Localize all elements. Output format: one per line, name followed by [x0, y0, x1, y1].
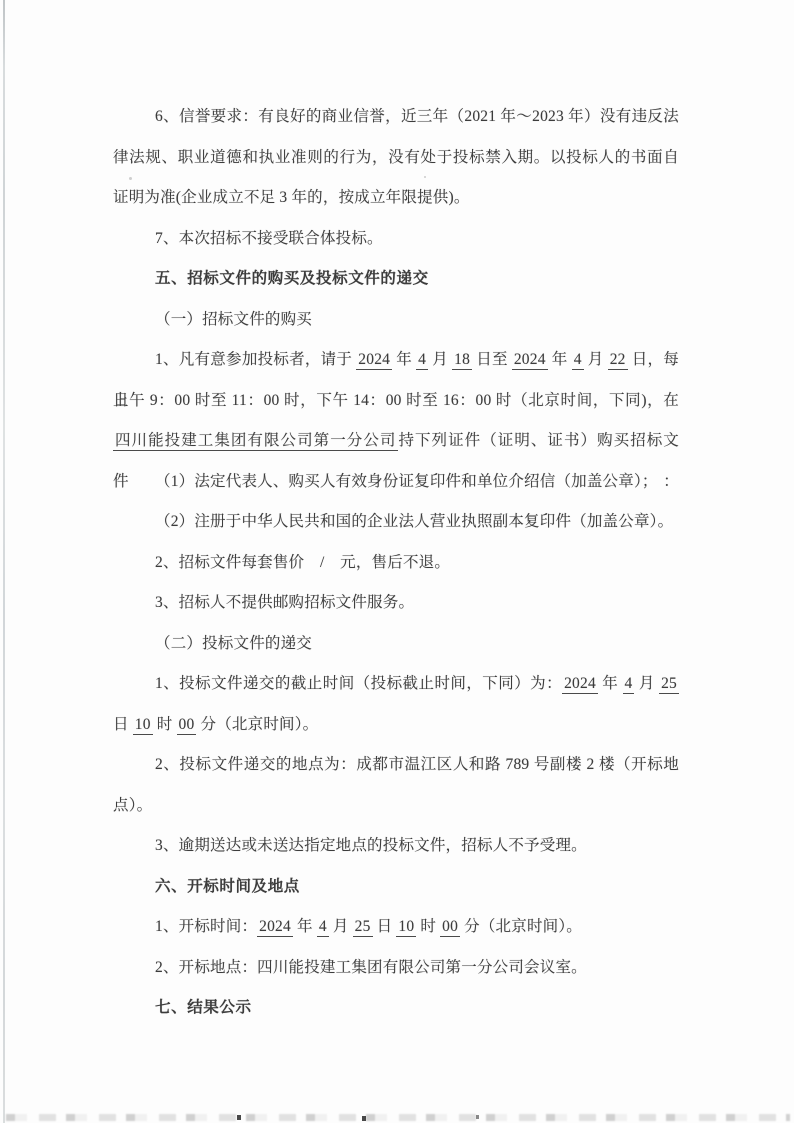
text-line-1: 6、信誉要求：有良好的商业信誉，近三年（2021 年～2023 年）没有违反法	[113, 97, 679, 138]
text-line-17: 2、投标文件递交的地点为：成都市温江区人和路 789 号副楼 2 楼（开标地	[113, 745, 679, 786]
text-run: 律法规、职业道德和执业准则的行为，没有处于投标禁入期。以投标人的书面自	[113, 149, 679, 166]
scan-speck	[237, 1115, 241, 1120]
text-run: 2、开标地点：四川能投建工集团有限公司第一分公司会议室。	[155, 959, 587, 976]
underlined-blank-field: 4	[416, 351, 428, 370]
text-run: 月	[329, 918, 353, 935]
scan-speck	[476, 1115, 479, 1119]
scan-speck	[362, 1116, 366, 1121]
underlined-blank-field: 10	[396, 918, 416, 937]
underlined-blank-field: 4	[317, 918, 329, 937]
text-line-6: （一）招标文件的购买	[113, 300, 679, 341]
underlined-blank-field: 25	[353, 918, 373, 937]
text-line-7: 1、凡有意参加投标者，请于 2024 年 4 月 18 日至 2024 年 4 …	[113, 340, 679, 381]
next-page-cutoff-text-artifact	[6, 1114, 790, 1121]
text-run: 六、开标时间及地点	[155, 878, 300, 895]
text-run: 上午 9：00 时至 11：00 时，下午 14：00 时至 16：00 时（北…	[113, 392, 679, 409]
text-line-16: 日 10 时 00 分（北京时间）。	[113, 705, 679, 746]
text-run: 点）。	[113, 797, 152, 814]
text-line-13: 3、招标人不提供邮购招标文件服务。	[113, 583, 679, 624]
underlined-blank-field: 2024	[562, 675, 598, 694]
text-line-23: 七、结果公示	[113, 988, 679, 1029]
text-run: 年	[392, 351, 416, 368]
text-line-3: 证明为准(企业成立不足 3 年的，按成立年限提供)。	[113, 178, 679, 219]
text-run: 时	[416, 918, 440, 935]
text-run: 证明为准(企业成立不足 3 年的，按成立年限提供)。	[113, 189, 470, 206]
text-line-4: 7、本次招标不接受联合体投标。	[113, 219, 679, 260]
text-run: 年	[293, 918, 317, 935]
text-line-22: 2、开标地点：四川能投建工集团有限公司第一分公司会议室。	[113, 948, 679, 989]
text-run: 2、招标文件每套售价 / 元，售后不退。	[155, 554, 450, 571]
text-run: 3、逾期送达或未送达指定地点的投标文件，招标人不予受理。	[155, 837, 587, 854]
underlined-blank-field: 四川能投建工集团有限公司第一分公司	[113, 432, 398, 451]
text-run: 日	[373, 918, 397, 935]
text-line-5: 五、招标文件的购买及投标文件的递交	[113, 259, 679, 300]
text-run: 月	[428, 351, 452, 368]
underlined-blank-field: 00	[440, 918, 460, 937]
text-line-10: （1）法定代表人、购买人有效身份证复印件和单位介绍信（加盖公章）；	[113, 462, 679, 503]
text-line-2: 律法规、职业道德和执业准则的行为，没有处于投标禁入期。以投标人的书面自	[113, 138, 679, 179]
text-run: 分（北京时间）。	[460, 918, 582, 935]
text-run: 年	[598, 675, 623, 692]
text-run: 2、投标文件递交的地点为：成都市温江区人和路 789 号副楼 2 楼（开标地	[155, 756, 679, 773]
underlined-blank-field: 2024	[257, 918, 293, 937]
text-line-12: 2、招标文件每套售价 / 元，售后不退。	[113, 543, 679, 584]
underlined-blank-field: 4	[623, 675, 635, 694]
text-run: 7、本次招标不接受联合体投标。	[155, 230, 383, 247]
underlined-blank-field: 00	[177, 716, 197, 735]
underlined-blank-field: 10	[133, 716, 153, 735]
text-line-18: 点）。	[113, 786, 679, 827]
text-run: 6、信誉要求：有良好的商业信誉，近三年（2021 年～2023 年）没有违反法	[155, 108, 679, 125]
text-run: （二）投标文件的递交	[155, 635, 312, 652]
underlined-blank-field: 25	[659, 675, 679, 694]
underlined-blank-field: 2024	[356, 351, 392, 370]
text-run: 年	[548, 351, 572, 368]
text-line-14: （二）投标文件的递交	[113, 624, 679, 665]
text-line-11: （2）注册于中华人民共和国的企业法人营业执照副本复印件（加盖公章）。	[113, 502, 679, 543]
text-run: 七、结果公示	[155, 999, 252, 1016]
text-line-8: 上午 9：00 时至 11：00 时，下午 14：00 时至 16：00 时（北…	[113, 381, 679, 422]
underlined-blank-field: 2024	[512, 351, 548, 370]
text-line-21: 1、开标时间：2024 年 4 月 25 日 10 时 00 分（北京时间）。	[113, 907, 679, 948]
scanned-document-page: 6、信誉要求：有良好的商业信誉，近三年（2021 年～2023 年）没有违反法律…	[0, 0, 794, 1123]
text-line-9: 四川能投建工集团有限公司第一分公司持下列证件（证明、证书）购买招标文件：	[113, 421, 679, 462]
scan-edge-artifact	[3, 0, 5, 1123]
underlined-blank-field: 18	[452, 351, 472, 370]
scan-speck	[424, 176, 426, 178]
text-run: 月	[584, 351, 608, 368]
scan-speck	[129, 177, 132, 180]
text-run: 五、招标文件的购买及投标文件的递交	[155, 270, 429, 287]
text-run: 月	[634, 675, 659, 692]
text-run: 1、凡有意参加投标者，请于	[155, 351, 356, 368]
text-run: 日至	[472, 351, 512, 368]
text-line-19: 3、逾期送达或未送达指定地点的投标文件，招标人不予受理。	[113, 826, 679, 867]
underlined-blank-field: 4	[572, 351, 584, 370]
document-content: 6、信誉要求：有良好的商业信誉，近三年（2021 年～2023 年）没有违反法律…	[113, 97, 679, 1029]
text-line-15: 1、投标文件递交的截止时间（投标截止时间，下同）为：2024 年 4 月 25	[113, 664, 679, 705]
text-run: 1、开标时间：	[155, 918, 257, 935]
underlined-blank-field: 22	[608, 351, 628, 370]
text-run: 分（北京时间）。	[196, 716, 318, 733]
text-run: （1）法定代表人、购买人有效身份证复印件和单位介绍信（加盖公章）；	[155, 473, 658, 490]
text-run: （2）注册于中华人民共和国的企业法人营业执照副本复印件（加盖公章）。	[155, 513, 673, 530]
text-run: 日	[113, 716, 133, 733]
text-run: 1、投标文件递交的截止时间（投标截止时间，下同）为：	[155, 675, 562, 692]
text-run: 3、招标人不提供邮购招标文件服务。	[155, 594, 414, 611]
text-run: 时	[153, 716, 177, 733]
text-line-20: 六、开标时间及地点	[113, 867, 679, 908]
text-run: （一）招标文件的购买	[155, 311, 312, 328]
